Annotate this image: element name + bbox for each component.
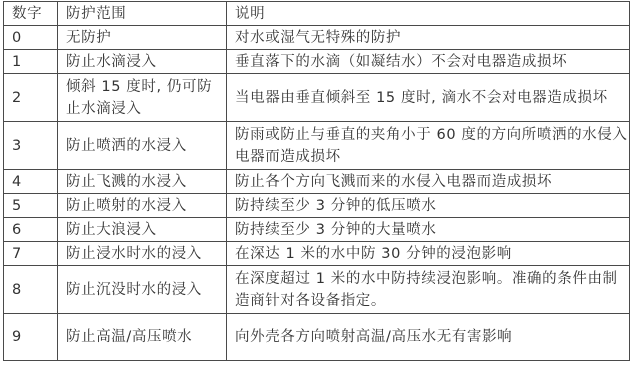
header-number: 数字: [4, 2, 58, 26]
protection-scope: 无防护: [58, 26, 227, 50]
table-row: 5 防止喷射的水浸入 防持续至少 3 分钟的低压喷水: [4, 194, 630, 218]
description: 在深达 1 米的水中防 30 分钟的浸泡影响: [227, 242, 630, 266]
table-header-row: 数字 防护范围 说明: [4, 2, 630, 26]
protection-scope: 倾斜 15 度时, 仍可防止水滴浸入: [58, 74, 227, 122]
rating-number: 9: [4, 314, 58, 361]
table-row: 3 防止喷洒的水浸入 防雨或防止与垂直的夹角小于 60 度的方向所喷洒的水侵入电…: [4, 122, 630, 170]
protection-scope: 防止大浪浸入: [58, 218, 227, 242]
ip-waterproof-rating-table: 数字 防护范围 说明 0 无防护 对水或湿气无特殊的防护 1 防止水滴浸入 垂直…: [3, 1, 630, 361]
description: 对水或湿气无特殊的防护: [227, 26, 630, 50]
description: 防持续至少 3 分钟的大量喷水: [227, 218, 630, 242]
protection-scope: 防止浸水时水的浸入: [58, 242, 227, 266]
rating-number: 4: [4, 170, 58, 194]
rating-number: 0: [4, 26, 58, 50]
table-row: 2 倾斜 15 度时, 仍可防止水滴浸入 当电器由垂直倾斜至 15 度时, 滴水…: [4, 74, 630, 122]
rating-number: 1: [4, 50, 58, 74]
protection-scope: 防止水滴浸入: [58, 50, 227, 74]
table-row: 6 防止大浪浸入 防持续至少 3 分钟的大量喷水: [4, 218, 630, 242]
protection-scope: 防止喷洒的水浸入: [58, 122, 227, 170]
rating-number: 2: [4, 74, 58, 122]
description: 防雨或防止与垂直的夹角小于 60 度的方向所喷洒的水侵入电器而造成损坏: [227, 122, 630, 170]
description: 防持续至少 3 分钟的低压喷水: [227, 194, 630, 218]
header-description: 说明: [227, 2, 630, 26]
description: 当电器由垂直倾斜至 15 度时, 滴水不会对电器造成损坏: [227, 74, 630, 122]
description: 在深度超过 1 米的水中防持续浸泡影响。准确的条件由制造商针对各设备指定。: [227, 266, 630, 314]
table-row: 1 防止水滴浸入 垂直落下的水滴（如凝结水）不会对电器造成损坏: [4, 50, 630, 74]
protection-scope: 防止喷射的水浸入: [58, 194, 227, 218]
rating-number: 6: [4, 218, 58, 242]
description: 防止各个方向飞溅而来的水侵入电器而造成损坏: [227, 170, 630, 194]
protection-scope: 防止高温/高压喷水: [58, 314, 227, 361]
table-row: 8 防止沉没时水的浸入 在深度超过 1 米的水中防持续浸泡影响。准确的条件由制造…: [4, 266, 630, 314]
table-row: 0 无防护 对水或湿气无特殊的防护: [4, 26, 630, 50]
table-row: 7 防止浸水时水的浸入 在深达 1 米的水中防 30 分钟的浸泡影响: [4, 242, 630, 266]
rating-number: 7: [4, 242, 58, 266]
protection-scope: 防止飞溅的水浸入: [58, 170, 227, 194]
table-row: 9 防止高温/高压喷水 向外壳各方向喷射高温/高压水无有害影响: [4, 314, 630, 361]
rating-number: 8: [4, 266, 58, 314]
description: 垂直落下的水滴（如凝结水）不会对电器造成损坏: [227, 50, 630, 74]
protection-scope: 防止沉没时水的浸入: [58, 266, 227, 314]
description: 向外壳各方向喷射高温/高压水无有害影响: [227, 314, 630, 361]
rating-number: 3: [4, 122, 58, 170]
table-row: 4 防止飞溅的水浸入 防止各个方向飞溅而来的水侵入电器而造成损坏: [4, 170, 630, 194]
header-protection-scope: 防护范围: [58, 2, 227, 26]
rating-number: 5: [4, 194, 58, 218]
